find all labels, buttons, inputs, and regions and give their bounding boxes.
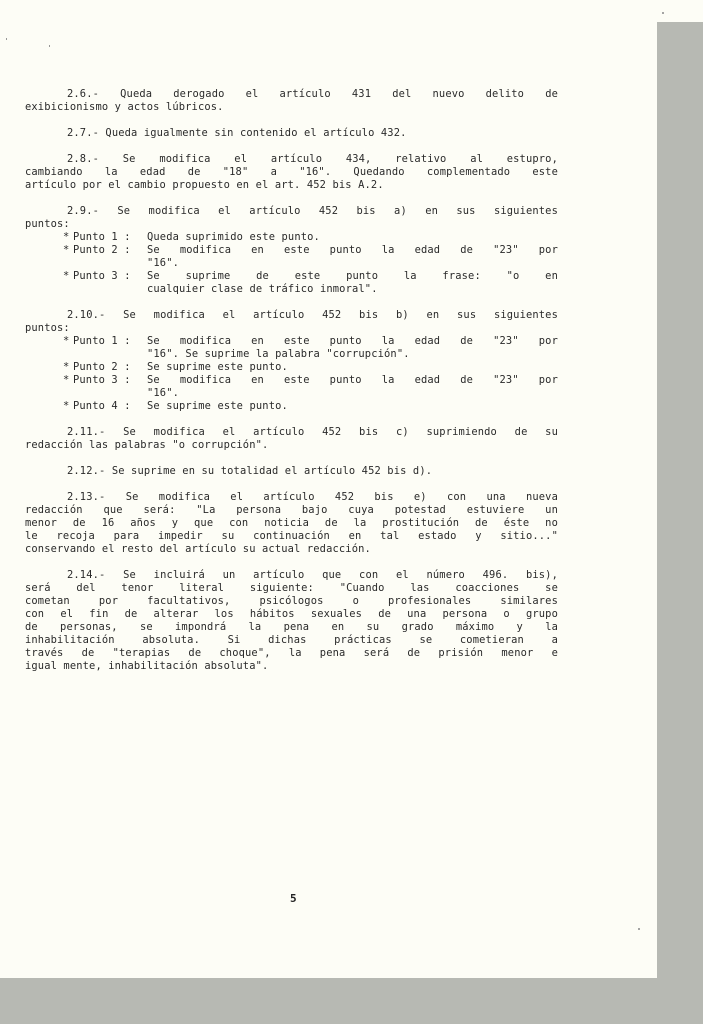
point-text: Se suprime de este punto la frase: "o en… — [147, 270, 558, 296]
section-heading-line: 2.13.- Se modifica el artículo 452 bis e… — [25, 491, 558, 504]
section-heading-line: 2.8.- Se modifica el artículo 434, relat… — [25, 153, 558, 166]
point-label: Punto 1 : — [73, 335, 147, 361]
section-2-10: 2.10.- Se modifica el artículo 452 bis b… — [25, 309, 558, 413]
point-text-line: Se suprime este punto. — [147, 361, 558, 374]
section-heading-line: 2.12.- Se suprime en su totalidad el art… — [25, 465, 558, 478]
section-text-line: conservando el resto del artículo su act… — [25, 543, 558, 556]
section-text-line: de personas, se impondrá la pena en su g… — [25, 621, 558, 634]
section-2-7: 2.7.- Queda igualmente sin contenido el … — [25, 127, 558, 140]
section-text-line: cambiando la edad de "18" a "16". Quedan… — [25, 166, 558, 179]
list-item: *Punto 4 :Se suprime este punto. — [63, 400, 558, 413]
scan-speck — [49, 45, 50, 47]
point-text-line: "16". Se suprime la palabra "corrupción"… — [147, 348, 558, 361]
section-2-11: 2.11.- Se modifica el artículo 452 bis c… — [25, 426, 558, 452]
point-text-line: "16". — [147, 257, 558, 270]
point-text-line: "16". — [147, 387, 558, 400]
section-2-13: 2.13.- Se modifica el artículo 452 bis e… — [25, 491, 558, 556]
document-body: 2.6.- Queda derogado el artículo 431 del… — [25, 88, 558, 686]
section-text-line: cometan por facultativos, psicólogos o p… — [25, 595, 558, 608]
point-label: Punto 2 : — [73, 361, 147, 374]
list-item: *Punto 3 :Se suprime de este punto la fr… — [63, 270, 558, 296]
section-heading-line: 2.10.- Se modifica el artículo 452 bis b… — [25, 309, 558, 322]
point-text: Se modifica en este punto la edad de "23… — [147, 374, 558, 400]
section-heading-line: 2.6.- Queda derogado el artículo 431 del… — [25, 88, 558, 101]
point-text-line: Se suprime de este punto la frase: "o en — [147, 270, 558, 283]
section-heading-line: 2.7.- Queda igualmente sin contenido el … — [25, 127, 558, 140]
bullet-icon: * — [63, 335, 73, 361]
section-text-line: artículo por el cambio propuesto en el a… — [25, 179, 558, 192]
list-item: *Punto 2 :Se suprime este punto. — [63, 361, 558, 374]
bullet-icon: * — [63, 270, 73, 296]
scan-speck — [6, 38, 7, 40]
point-text: Se modifica en este punto la edad de "23… — [147, 335, 558, 361]
point-text-line: Queda suprimido este punto. — [147, 231, 558, 244]
list-item: *Punto 3 :Se modifica en este punto la e… — [63, 374, 558, 400]
section-heading-line: 2.9.- Se modifica el artículo 452 bis a)… — [25, 205, 558, 218]
point-text-line: cualquier clase de tráfico inmoral". — [147, 283, 558, 296]
point-text-line: Se suprime este punto. — [147, 400, 558, 413]
point-label: Punto 3 : — [73, 374, 147, 400]
section-text-line: puntos: — [25, 322, 558, 335]
section-text-line: exibicionismo y actos lúbricos. — [25, 101, 558, 114]
point-label: Punto 2 : — [73, 244, 147, 270]
section-text-line: redacción las palabras "o corrupción". — [25, 439, 558, 452]
bullet-icon: * — [63, 400, 73, 413]
section-2-6: 2.6.- Queda derogado el artículo 431 del… — [25, 88, 558, 114]
section-2-12: 2.12.- Se suprime en su totalidad el art… — [25, 465, 558, 478]
point-label: Punto 1 : — [73, 231, 147, 244]
section-text-line: será del tenor literal siguiente: "Cuand… — [25, 582, 558, 595]
section-text-line: le recoja para impedir su continuación e… — [25, 530, 558, 543]
section-text-line: igual mente, inhabilitación absoluta". — [25, 660, 558, 673]
list-item: *Punto 1 :Queda suprimido este punto. — [63, 231, 558, 244]
point-text-line: Se modifica en este punto la edad de "23… — [147, 335, 558, 348]
page-number: 5 — [290, 892, 297, 905]
point-label: Punto 3 : — [73, 270, 147, 296]
section-text-line: inhabilitación absoluta. Si dichas práct… — [25, 634, 558, 647]
scan-speck — [662, 12, 664, 14]
bullet-icon: * — [63, 361, 73, 374]
point-text: Se suprime este punto. — [147, 361, 558, 374]
section-2-9: 2.9.- Se modifica el artículo 452 bis a)… — [25, 205, 558, 296]
paper-top-edge — [33, 0, 703, 22]
point-text-line: Se modifica en este punto la edad de "23… — [147, 244, 558, 257]
bullet-icon: * — [63, 244, 73, 270]
bullet-icon: * — [63, 374, 73, 400]
point-text: Se modifica en este punto la edad de "23… — [147, 244, 558, 270]
section-text-line: con el fin de alterar los hábitos sexual… — [25, 608, 558, 621]
scan-speck — [638, 928, 640, 930]
point-text-line: Se modifica en este punto la edad de "23… — [147, 374, 558, 387]
section-text-line: través de "terapias de choque", la pena … — [25, 647, 558, 660]
section-heading-line: 2.11.- Se modifica el artículo 452 bis c… — [25, 426, 558, 439]
section-2-14: 2.14.- Se incluirá un artículo que con e… — [25, 569, 558, 673]
section-2-8: 2.8.- Se modifica el artículo 434, relat… — [25, 153, 558, 192]
point-text: Se suprime este punto. — [147, 400, 558, 413]
bullet-icon: * — [63, 231, 73, 244]
section-text-line: redacción que será: "La persona bajo cuy… — [25, 504, 558, 517]
point-label: Punto 4 : — [73, 400, 147, 413]
section-text-line: puntos: — [25, 218, 558, 231]
section-heading-line: 2.14.- Se incluirá un artículo que con e… — [25, 569, 558, 582]
list-item: *Punto 1 :Se modifica en este punto la e… — [63, 335, 558, 361]
section-text-line: menor de 16 años y que con noticia de la… — [25, 517, 558, 530]
point-text: Queda suprimido este punto. — [147, 231, 558, 244]
list-item: *Punto 2 :Se modifica en este punto la e… — [63, 244, 558, 270]
